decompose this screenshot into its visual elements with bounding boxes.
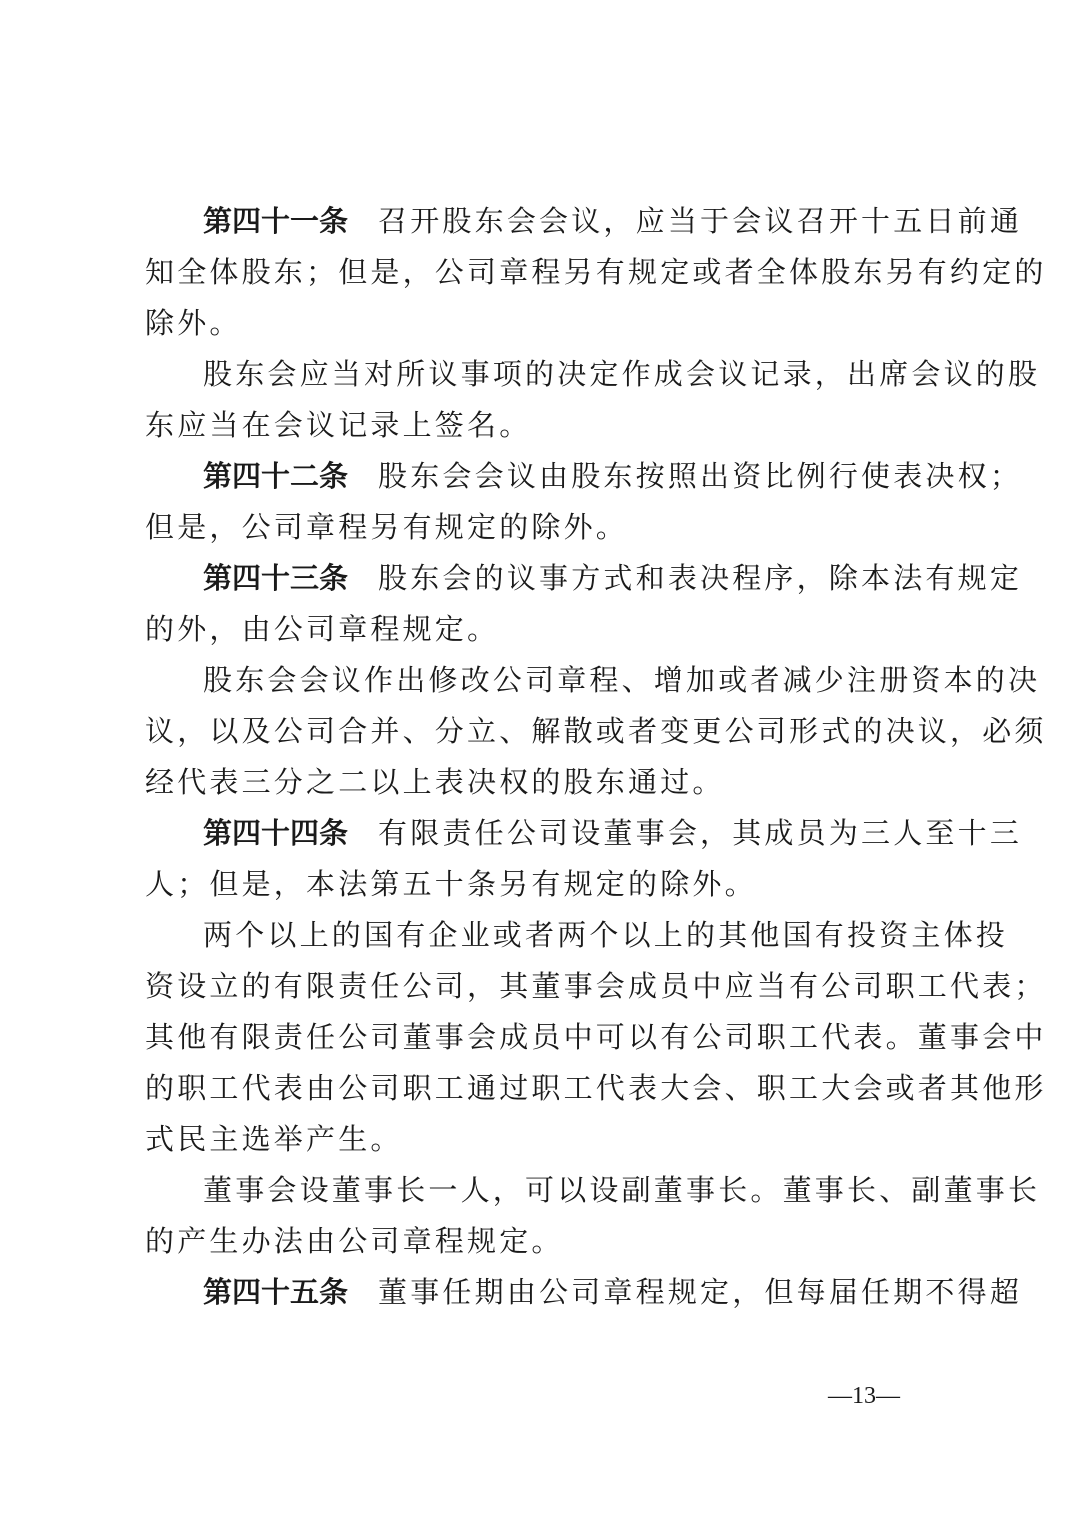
line-text: 议，以及公司合并、分立、解散或者变更公司形式的决议，必须	[145, 714, 1047, 748]
line-text: 召开股东会会议，应当于会议召开十五日前通	[378, 204, 1022, 238]
article-line: 第四十五条董事任期由公司章程规定，但每届任期不得超	[145, 1267, 945, 1318]
text-line: 两个以上的国有企业或者两个以上的其他国有投资主体投	[145, 910, 945, 961]
line-text: 除外。	[145, 306, 242, 340]
line-text: 股东会的议事方式和表决程序，除本法有规定	[378, 561, 1022, 595]
text-line: 东应当在会议记录上签名。	[145, 400, 945, 451]
line-text: 董事会设董事长一人，可以设副董事长。董事长、副董事长	[203, 1173, 1040, 1207]
line-text: 股东会会议作出修改公司章程、增加或者减少注册资本的决	[203, 663, 1040, 697]
line-text: 资设立的有限责任公司，其董事会成员中应当有公司职工代表；	[145, 969, 1047, 1003]
text-line: 的职工代表由公司职工通过职工代表大会、职工大会或者其他形	[145, 1063, 945, 1114]
text-line: 经代表三分之二以上表决权的股东通过。	[145, 757, 945, 808]
text-line: 资设立的有限责任公司，其董事会成员中应当有公司职工代表；	[145, 961, 945, 1012]
line-text: 式民主选举产生。	[145, 1122, 403, 1156]
text-line: 的产生办法由公司章程规定。	[145, 1216, 945, 1267]
article-line: 第四十一条召开股东会会议，应当于会议召开十五日前通	[145, 196, 945, 247]
line-text: 两个以上的国有企业或者两个以上的其他国有投资主体投	[203, 918, 1008, 952]
text-line: 知全体股东；但是，公司章程另有规定或者全体股东另有约定的	[145, 247, 945, 298]
text-line: 但是，公司章程另有规定的除外。	[145, 502, 945, 553]
line-text: 但是，公司章程另有规定的除外。	[145, 510, 628, 544]
text-line: 议，以及公司合并、分立、解散或者变更公司形式的决议，必须	[145, 706, 945, 757]
text-line: 式民主选举产生。	[145, 1114, 945, 1165]
article-line: 第四十三条股东会的议事方式和表决程序，除本法有规定	[145, 553, 945, 604]
text-line: 的外，由公司章程规定。	[145, 604, 945, 655]
line-text: 其他有限责任公司董事会成员中可以有公司职工代表。董事会中	[145, 1020, 1047, 1054]
line-text: 东应当在会议记录上签名。	[145, 408, 531, 442]
page-number: —13—	[828, 1383, 900, 1410]
line-text: 的产生办法由公司章程规定。	[145, 1224, 564, 1258]
article-number: 第四十三条	[203, 561, 348, 595]
line-text: 人；但是，本法第五十条另有规定的除外。	[145, 867, 757, 901]
article-number: 第四十一条	[203, 204, 348, 238]
line-text: 的外，由公司章程规定。	[145, 612, 499, 646]
text-line: 股东会会议作出修改公司章程、增加或者减少注册资本的决	[145, 655, 945, 706]
text-line: 除外。	[145, 298, 945, 349]
article-number: 第四十二条	[203, 459, 348, 493]
text-line: 其他有限责任公司董事会成员中可以有公司职工代表。董事会中	[145, 1012, 945, 1063]
line-text: 股东会会议由股东按照出资比例行使表决权；	[378, 459, 1022, 493]
text-line: 股东会应当对所议事项的决定作成会议记录，出席会议的股	[145, 349, 945, 400]
line-text: 有限责任公司设董事会，其成员为三人至十三	[378, 816, 1022, 850]
text-line: 董事会设董事长一人，可以设副董事长。董事长、副董事长	[145, 1165, 945, 1216]
document-body: 第四十一条召开股东会会议，应当于会议召开十五日前通知全体股东；但是，公司章程另有…	[145, 196, 945, 1318]
article-line: 第四十二条股东会会议由股东按照出资比例行使表决权；	[145, 451, 945, 502]
article-number: 第四十四条	[203, 816, 348, 850]
line-text: 股东会应当对所议事项的决定作成会议记录，出席会议的股	[203, 357, 1040, 391]
line-text: 的职工代表由公司职工通过职工代表大会、职工大会或者其他形	[145, 1071, 1047, 1105]
line-text: 知全体股东；但是，公司章程另有规定或者全体股东另有约定的	[145, 255, 1047, 289]
article-line: 第四十四条有限责任公司设董事会，其成员为三人至十三	[145, 808, 945, 859]
text-line: 人；但是，本法第五十条另有规定的除外。	[145, 859, 945, 910]
line-text: 经代表三分之二以上表决权的股东通过。	[145, 765, 725, 799]
line-text: 董事任期由公司章程规定，但每届任期不得超	[378, 1275, 1022, 1309]
article-number: 第四十五条	[203, 1275, 348, 1309]
